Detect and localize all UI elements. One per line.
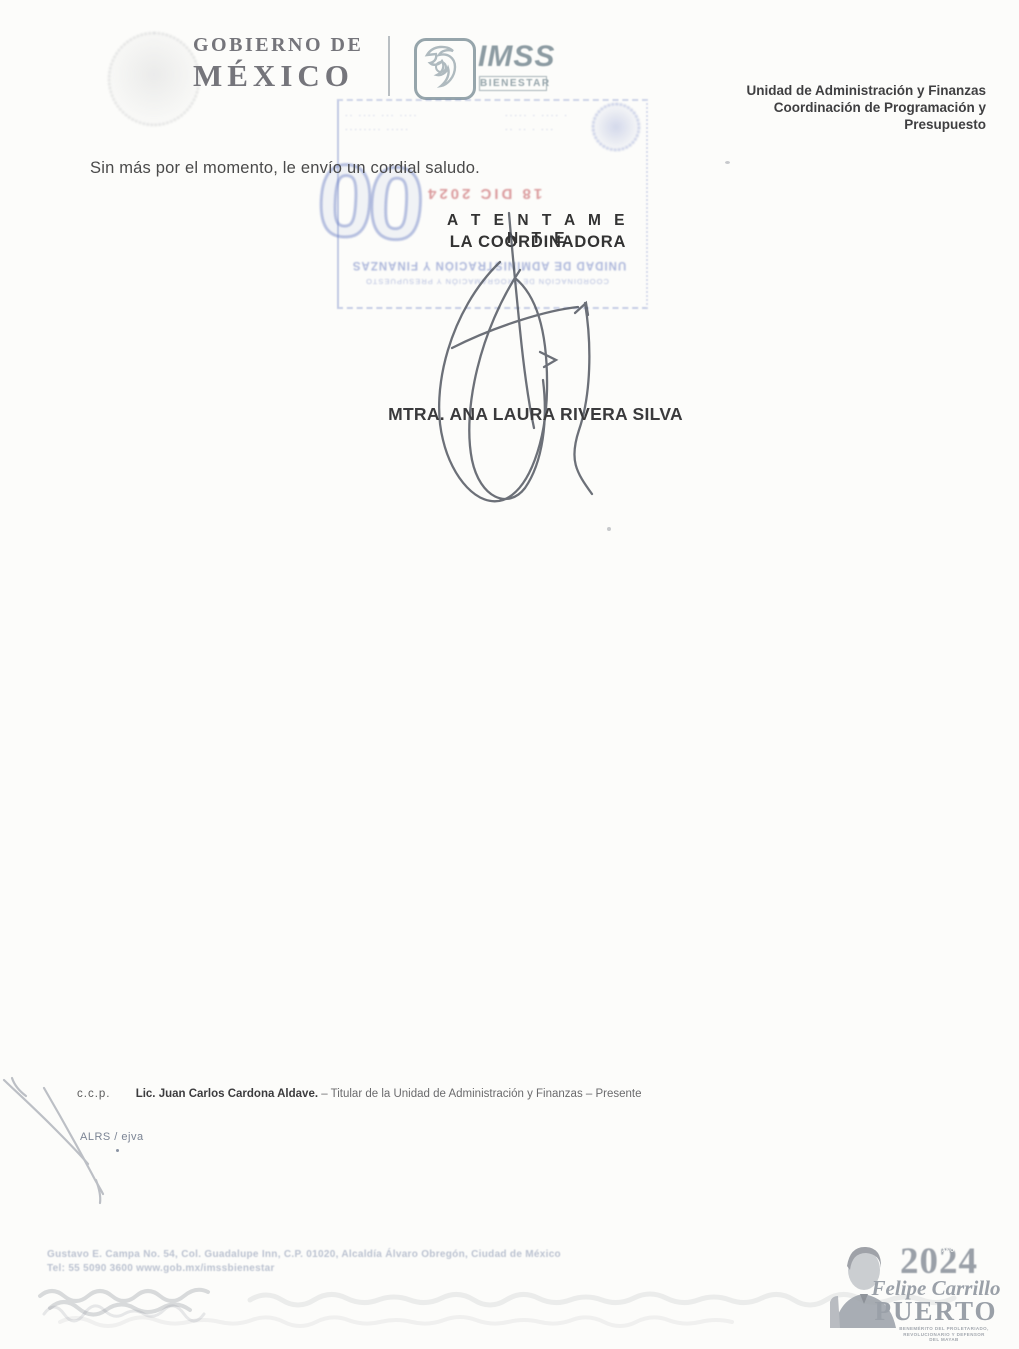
- stamp-illegible-text: ····· · ···· ·: [505, 111, 569, 120]
- faint-round-seal: [108, 32, 200, 126]
- gobierno-logo-line2: MÉXICO: [193, 58, 393, 94]
- header-divider: [388, 36, 390, 96]
- scan-speck: [725, 161, 730, 164]
- stamp-illegible-text: ·· ···· ··· ····: [345, 111, 418, 120]
- logo-2024-felipe-carrillo-puerto: 2024 AÑO DE Felipe Carrillo PUERTO BENEM…: [820, 1236, 1016, 1338]
- stamp-illegible-text: ········ ·····: [345, 125, 410, 134]
- closing-sentence: Sin más por el momento, le envío un cord…: [90, 159, 480, 178]
- stamp-illegible-text: ·· ·· · ···: [505, 125, 555, 134]
- handwritten-signature: [400, 200, 640, 510]
- pen-check-mark: [0, 1070, 170, 1210]
- department-heading: Unidad de Administración y Finanzas Coor…: [656, 82, 986, 133]
- gobierno-logo-line1: GOBIERNO DE: [193, 34, 393, 57]
- footer-address-line2: Tel: 55 5090 3600 www.gob.mx/imssbienest…: [47, 1262, 561, 1276]
- logo-2024-ano-de: AÑO DE: [942, 1248, 964, 1254]
- imss-bienestar-label: BIENESTAR: [479, 76, 547, 91]
- imss-wordmark: IMSS: [478, 40, 555, 74]
- footer-address: Gustavo E. Campa No. 54, Col. Guadalupe …: [47, 1248, 561, 1276]
- footer-address-line1: Gustavo E. Campa No. 54, Col. Guadalupe …: [47, 1248, 561, 1262]
- signer-name: MTRA. ANA LAURA RIVERA SILVA: [378, 404, 693, 425]
- imss-eagle-icon: [414, 38, 476, 100]
- gobierno-de-mexico-logo: GOBIERNO DE MÉXICO: [193, 34, 393, 94]
- scan-speck: [607, 527, 611, 531]
- department-line3: Presupuesto: [656, 116, 986, 133]
- ccp-recipient-title: – Titular de la Unidad de Administración…: [321, 1088, 641, 1100]
- scanned-letter-page: GOBIERNO DE MÉXICO IMSS BIENESTAR Unidad…: [0, 0, 1019, 1349]
- department-line2: Coordinación de Programación y: [656, 99, 986, 116]
- logo-2024-caption: BENEMÉRITO DEL PROLETARIADO, REVOLUCIONA…: [872, 1326, 1016, 1343]
- logo-2024-surname: PUERTO: [856, 1296, 1016, 1327]
- stamp-round-seal: [592, 103, 640, 151]
- department-line1: Unidad de Administración y Finanzas: [656, 82, 986, 99]
